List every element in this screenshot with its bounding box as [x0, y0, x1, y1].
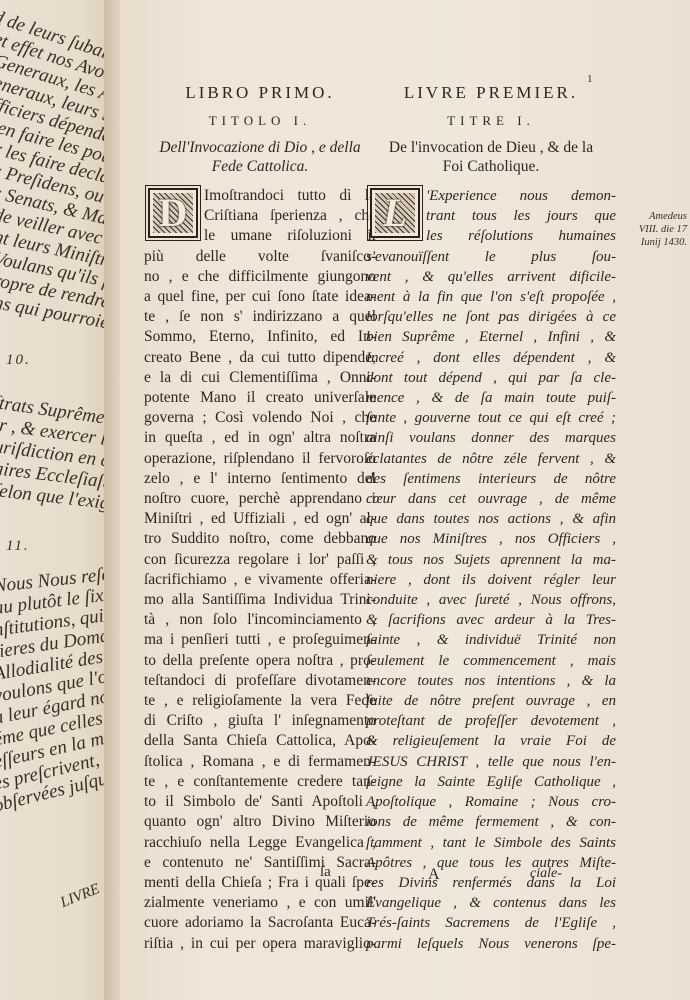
italian-heading-line2: Fede Cattolica. — [144, 157, 376, 176]
text-line: ainſi voulans donner des marques — [366, 428, 616, 448]
text-line: tà , non ſolo l'incominciamento , — [144, 610, 376, 630]
article-number-10: 10. — [6, 352, 31, 369]
text-line: lorſqu'elles ne ſont pas dirigées à ce — [366, 307, 616, 327]
text-line: riſtia , in cui per opera maraviglio- — [144, 934, 376, 954]
text-line: dont tout dépend , qui par ſa cle- — [366, 368, 616, 388]
french-text-lines: 'Experience nous demon-trant tous les jo… — [366, 186, 616, 954]
text-line: te , e conſtantemente credere tan- — [144, 772, 376, 792]
text-line: parmi leſquels Nous venerons ſpe- — [366, 934, 616, 954]
italian-dropcap-ornament: D — [148, 188, 198, 238]
italian-column: LIBRO PRIMO. TITOLO I. Dell'Invocazione … — [144, 80, 376, 954]
text-line: teſtandoci di profeſſare divotamen- — [144, 671, 376, 691]
french-dropcap-letter: L — [372, 190, 418, 236]
article-number-11: 11. — [6, 538, 30, 555]
text-line: Apôtres , que tous les autres Miſte- — [366, 853, 616, 873]
text-line: & tous nos Sujets aprennent la ma- — [366, 550, 616, 570]
text-line: ſante , gouverne tout ce qui eſt creé ; — [366, 408, 616, 428]
text-line: a quel fine, per cui ſono ſtate ideа- — [144, 287, 376, 307]
french-heading-line1: De l'invocation de Dieu , & de la — [366, 138, 616, 157]
italian-dropcap-letter: D — [150, 190, 196, 236]
italian-text-lines: Imoſtrandoci tutto dì laCriſtiana ſperie… — [144, 186, 376, 954]
french-heading-line2: Foi Catholique. — [366, 157, 616, 176]
text-line: operazione, riſplendano il fervoroſo — [144, 449, 376, 469]
text-line: cuore adoriamo la Sacroſanta Euca- — [144, 913, 376, 933]
text-line: conduite , avec ſureté , Nous offrons, — [366, 590, 616, 610]
left-page-catchword: LIVRE — [58, 881, 102, 912]
text-line: tro Suddito noſtro, come debbano — [144, 529, 376, 549]
text-line: ſacrifichiamo , e vivamente offeria- — [144, 570, 376, 590]
text-line: s'evanouïſſent le plus ſou- — [366, 247, 616, 267]
margin-note-line2: VIII. die 17 — [625, 223, 687, 236]
text-line: que dans toutes nos actions , & afin — [366, 509, 616, 529]
text-line: éclatantes de nôtre zéle fervent , & — [366, 449, 616, 469]
text-line: in queſta , ed in ogn' altra noſtra — [144, 428, 376, 448]
text-line: Increé , dont elles dépendent , & — [366, 348, 616, 368]
french-section-title: TITRE I. — [366, 106, 616, 136]
text-line: des ſentimens interieurs de nôtre — [366, 469, 616, 489]
text-line: e la di cui Clementiſſima , Onni- — [144, 368, 376, 388]
italian-body: D Imoſtrandoci tutto dì laCriſtiana ſper… — [144, 186, 376, 954]
text-line: menti della Chieſa ; Fra i quali ſpe- — [144, 873, 376, 893]
french-book-title: LIVRE PREMIER. — [366, 80, 616, 106]
text-line: zialmente veneriamo , e con umil' — [144, 893, 376, 913]
text-line: te , ſe non s' indirizzano a quel — [144, 307, 376, 327]
text-line: ſeigne la Sainte Egliſe Catholique , — [366, 772, 616, 792]
text-line: te , e religioſamente la vera Fede — [144, 691, 376, 711]
text-line: e contenuto ne' Santiſſimi Sacra- — [144, 853, 376, 873]
text-line: ſtamment , tant le Simbole des Saints — [366, 833, 616, 853]
text-line: ma i penſieri tutti , e proſeguimen- — [144, 630, 376, 650]
french-column: LIVRE PREMIER. TITRE I. De l'invocation … — [366, 80, 616, 954]
french-catchword: ciale- — [530, 866, 562, 882]
text-line: proteſtant de profeſſer devotement , — [366, 711, 616, 731]
text-line: niere , dont ils doivent régler leur — [366, 570, 616, 590]
margin-note-line3: Iunij 1430. — [625, 236, 687, 249]
text-line: mence , & de ſa main toute puiſ- — [366, 388, 616, 408]
text-line: ſainte , & individuë Trinité non — [366, 630, 616, 650]
text-line: JESUS CHRIST , telle que nous l'en- — [366, 752, 616, 772]
text-line: res Divins renfermés dans la Loi — [366, 873, 616, 893]
text-line: mo alla Santiſſima Individua Trini- — [144, 590, 376, 610]
text-line: que nos Miniſtres , nos Officiers , — [366, 529, 616, 549]
text-line: ment à la fin que l'on s'eſt propoſée , — [366, 287, 616, 307]
text-line: della Santa Chieſa Cattolica, Apo- — [144, 731, 376, 751]
text-line: ſtolica , Romana , e di fermamen- — [144, 752, 376, 772]
text-line: & ſacrifions avec ardeur à la Tres- — [366, 610, 616, 630]
left-page: d de leurs ſubalterneset effet nos Avoca… — [0, 0, 112, 1000]
text-line: Evangelique , & contenus dans les — [366, 893, 616, 913]
text-line: con ſicurezza regolare i lor' paſſi , — [144, 550, 376, 570]
text-line: Sommo, Eterno, Infinito, ed In- — [144, 327, 376, 347]
text-line: to il Simbolo de' Santi Apoſtoli , — [144, 792, 376, 812]
text-line: zelo , e l' interno ſentimento del — [144, 469, 376, 489]
text-line: potente Mano il creato univerſale — [144, 388, 376, 408]
text-line: no , e che difficilmente giungono — [144, 267, 376, 287]
text-line: & religieuſement la vraie Foi de — [366, 731, 616, 751]
text-line: governa ; Così volendo Noi , che — [144, 408, 376, 428]
text-line: noſtro cuore, perchè apprendano i — [144, 489, 376, 509]
italian-heading-line1: Dell'Invocazione di Dio , e della — [144, 138, 376, 157]
text-line: ſeulement le commencement , mais — [366, 651, 616, 671]
text-line: Trés-ſaints Sacremens de l'Egliſe , — [366, 913, 616, 933]
text-line: vent , & qu'elles arrivent dificile- — [366, 267, 616, 287]
text-line: to della preſente opera noſtra , pro- — [144, 651, 376, 671]
text-line: encore toutes nos intentions , & la — [366, 671, 616, 691]
french-dropcap-ornament: L — [370, 188, 420, 238]
text-line: racchiuſo nella Legge Evangelica , — [144, 833, 376, 853]
italian-catchword: ſa — [320, 864, 331, 881]
text-line: Apoſtolique , Romaine ; Nous cro- — [366, 792, 616, 812]
text-line: creato Bene , da cui tutto dipende, — [144, 348, 376, 368]
text-line: cœur dans cet ouvrage , de même — [366, 489, 616, 509]
text-line: quanto ogn' altro Divino Miſterio — [144, 812, 376, 832]
text-line: ions de même fermement , & con- — [366, 812, 616, 832]
text-line: ſuite de nôtre preſent ouvrage , en — [366, 691, 616, 711]
margin-note-line1: Amedeus — [625, 210, 687, 223]
text-line: più delle volte ſvaniſco- — [144, 247, 376, 267]
margin-note: Amedeus VIII. die 17 Iunij 1430. — [625, 210, 687, 249]
french-body: L 'Experience nous demon-trant tous les … — [366, 186, 616, 954]
text-line: di Criſto , giuſta l' inſegnamento — [144, 711, 376, 731]
french-heading: De l'invocation de Dieu , & de la Foi Ca… — [366, 138, 616, 176]
italian-book-title: LIBRO PRIMO. — [144, 80, 376, 106]
text-line: Miniſtri , ed Uffiziali , ed ogn' al- — [144, 509, 376, 529]
right-page: 1 LIBRO PRIMO. TITOLO I. Dell'Invocazion… — [120, 0, 690, 1000]
signature-mark: A — [428, 866, 440, 884]
italian-heading: Dell'Invocazione di Dio , e della Fede C… — [144, 138, 376, 176]
italian-section-title: TITOLO I. — [144, 106, 376, 136]
text-line: bien Suprême , Eternel , Infini , & — [366, 327, 616, 347]
